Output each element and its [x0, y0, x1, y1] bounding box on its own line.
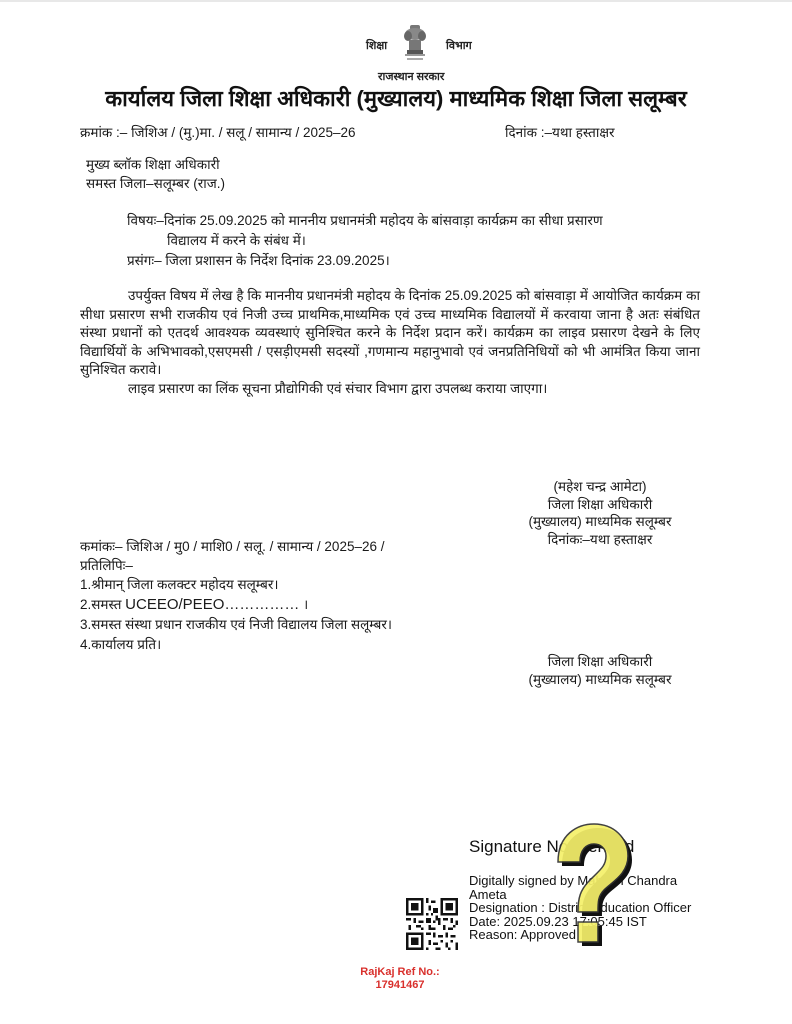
- question-mark-icon: [548, 820, 638, 960]
- subject-reference: प्रसंगः– जिला प्रशासन के निर्देश दिनांक …: [127, 251, 390, 269]
- signatory-name: (महेश चन्द्र आमेटा): [505, 478, 695, 496]
- body-paragraph-2: लाइव प्रसारण का लिंक सूचना प्रौद्योगिकी …: [80, 380, 700, 399]
- rajkaj-ref-number: 17941467: [340, 979, 460, 992]
- office-title: कार्यालय जिला शिक्षा अधिकारी (मुख्यालय) …: [0, 83, 792, 113]
- addressee-line2: समस्त जिला–सलूम्बर (राज.): [86, 174, 225, 192]
- signatory2-designation: जिला शिक्षा अधिकारी: [505, 653, 695, 671]
- copy-list: 1.श्रीमान् जिला कलक्टर महोदय सलूम्बर। 2.…: [80, 575, 392, 655]
- copy-item: 2.समस्त UCEEO/PEEO…………… ।: [80, 595, 392, 615]
- signatory2-office: (मुख्यालय) माध्यमिक सलूम्बर: [505, 671, 695, 689]
- signatory-designation: जिला शिक्षा अधिकारी: [505, 496, 695, 514]
- signatory-office: (मुख्यालय) माध्यमिक सलूम्बर: [505, 513, 695, 531]
- copy-heading: प्रतिलिपिः–: [80, 556, 133, 574]
- top-border: [0, 0, 792, 2]
- signatory-date: दिनांकः–यथा हस्ताक्षर: [505, 531, 695, 549]
- dept-left-label: शिक्षा: [366, 38, 387, 53]
- rajkaj-ref-label: RajKaj Ref No.:: [340, 966, 460, 979]
- signatory2-block: जिला शिक्षा अधिकारी (मुख्यालय) माध्यमिक …: [505, 653, 695, 688]
- dept-right-label: विभाग: [446, 38, 472, 53]
- government-label: राजस्थान सरकार: [378, 69, 444, 84]
- copy-item: 1.श्रीमान् जिला कलक्टर महोदय सलूम्बर।: [80, 575, 392, 595]
- reference-number: क्रमांक :– जिशिअ / (मु.)मा. / सलू / सामा…: [80, 123, 356, 141]
- reference-date: दिनांक :–यथा हस्ताक्षर: [505, 123, 615, 141]
- copy-item: 3.समस्त संस्था प्रधान राजकीय एवं निजी वि…: [80, 615, 392, 635]
- copy-reference-number: कमांकः– जिशिअ / मु0 / माशि0 / सलू. / साम…: [80, 537, 384, 555]
- national-emblem-icon: [401, 24, 429, 64]
- subject-line1: विषयः–दिनांक 25.09.2025 को माननीय प्रधान…: [127, 211, 603, 229]
- letter-body: उपर्युक्त विषय में लेख है कि माननीय प्रध…: [80, 287, 700, 398]
- addressee-line1: मुख्य ब्लॉक शिक्षा अधिकारी: [86, 155, 220, 173]
- qr-code-icon: [406, 898, 458, 950]
- rajkaj-reference: RajKaj Ref No.: 17941467: [340, 966, 460, 992]
- body-paragraph-1: उपर्युक्त विषय में लेख है कि माननीय प्रध…: [80, 287, 700, 380]
- copy-item: 4.कार्यालय प्रति।: [80, 635, 392, 655]
- subject-line2: विद्यालय में करने के संबंध में।: [167, 231, 306, 249]
- signatory-block: (महेश चन्द्र आमेटा) जिला शिक्षा अधिकारी …: [505, 478, 695, 548]
